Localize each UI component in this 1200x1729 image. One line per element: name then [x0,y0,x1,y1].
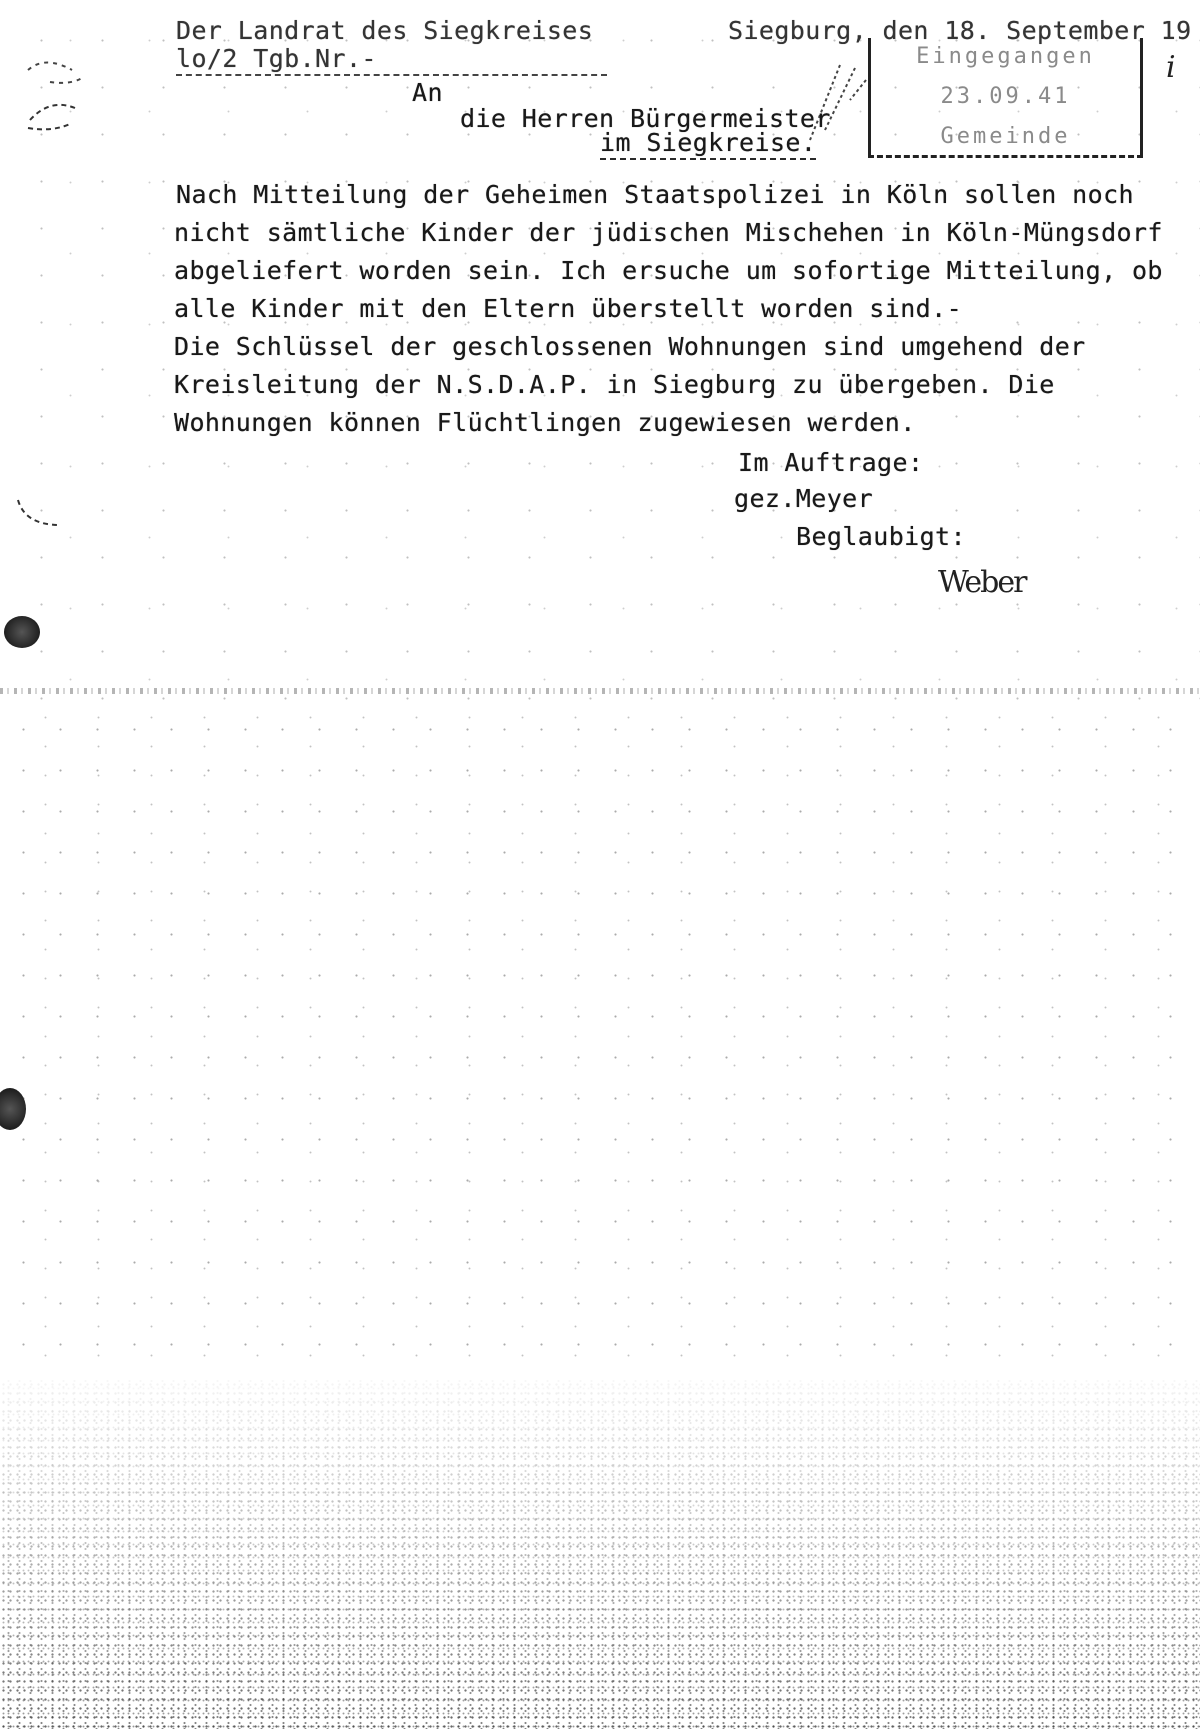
scan-noise-bottom [0,1380,1200,1729]
handwritten-corner-mark: i [1166,50,1176,85]
closing-signed-by: gez.Meyer [734,484,873,513]
stamp-office: Gemeinde [871,124,1140,149]
stamp-label: Eingegangen [871,44,1140,69]
body-line: Die Schlüssel der geschlossenen Wohnunge… [174,332,1086,361]
body-line: abgeliefert worden sein. Ich ersuche um … [174,256,1163,285]
copy-artifact-line [0,688,1200,694]
document-page: Der Landrat des Siegkreises lo/2 Tgb.Nr.… [0,0,1200,1729]
closing-certified: Beglaubigt: [796,522,966,551]
received-stamp: Eingegangen 23.09.41 Gemeinde [868,38,1143,158]
scan-noise-middle [0,700,1200,1380]
body-line: alle Kinder mit den Eltern überstellt wo… [174,294,962,323]
recipient-prefix: An [412,78,443,107]
recipient-line-2: im Siegkreise. [600,128,816,160]
body-line: Wohnungen können Flüchtlingen zugewiesen… [174,408,916,437]
punch-hole-top [4,616,40,648]
stamp-date: 23.09.41 [871,84,1140,109]
handwritten-signature: Weber [938,565,1025,600]
margin-circle-marks [0,0,120,560]
body-line: Kreisleitung der N.S.D.A.P. in Siegburg … [174,370,1055,399]
reference-number: lo/2 Tgb.Nr.- [176,44,607,76]
closing-on-behalf: Im Auftrage: [738,448,923,477]
body-line: nicht sämtliche Kinder der jüdischen Mis… [174,218,1163,247]
body-line: Nach Mitteilung der Geheimen Staatspoliz… [176,180,1134,209]
sender-line: Der Landrat des Siegkreises [176,16,593,45]
